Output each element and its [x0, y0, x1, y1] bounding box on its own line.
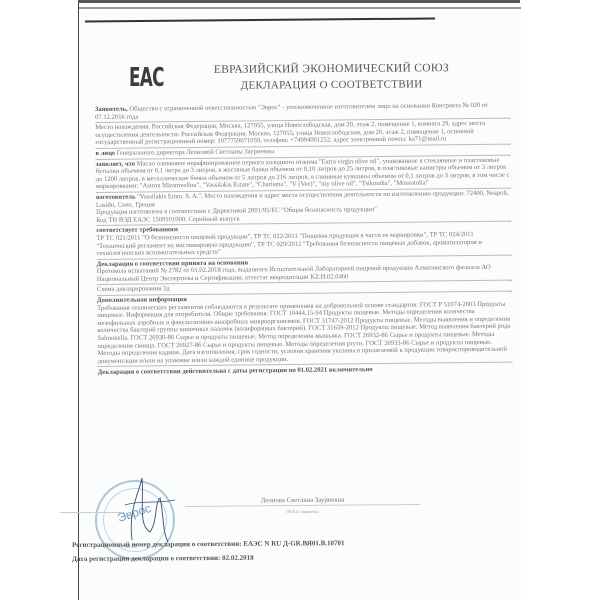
signer-caption: (Ф.И.О. заявителя)	[185, 509, 420, 514]
registration-number-row: Регистрационный номер декларации о соотв…	[72, 536, 345, 552]
basis-text: Протокола испытаний № 2782 от 01.02.2018…	[97, 264, 512, 284]
declares-text: Масло оливковое нерафинированное первого…	[96, 156, 510, 190]
registration-block: Регистрационный номер декларации о соотв…	[72, 536, 345, 566]
manufacturer-section: изготовитель "Vassilakis Emm. S. A.", Ме…	[96, 190, 511, 227]
registration-number-label: Регистрационный номер декларации о соотв…	[72, 540, 242, 549]
requirements-section: соответствует требованиям ТР ТС 021/2011…	[96, 223, 511, 260]
registration-number: ЕАЭС N RU Д-GR.ВЯ01.В.10701	[243, 539, 344, 548]
declaration-body: Заявитель, Общество с ограниченной ответ…	[95, 102, 513, 379]
representative-text: Генерального директора Леоновой Светланы…	[117, 148, 275, 157]
top-rule	[85, 17, 435, 22]
signature-line	[60, 512, 125, 513]
document-header: ЕВРАЗИЙСКИЙ ЭКОНОМИЧЕСКИЙ СОЮЗ ДЕКЛАРАЦИ…	[194, 60, 469, 94]
additional-section: Дополнительная информация Требования тех…	[97, 293, 513, 368]
eac-logo: ЕАС	[129, 63, 164, 93]
declares-section: заявляет, что Масло оливковое нерафиниро…	[96, 156, 511, 193]
additional-text: Требования технических регламентов соблю…	[97, 300, 513, 365]
location-text: Место нахождения: Российская Федерация, …	[95, 120, 485, 146]
requirements-text: ТР ТС 021/2011 "О безопасности пищевой п…	[96, 231, 511, 258]
declares-label: заявляет, что	[96, 160, 135, 167]
registration-date-label: Дата регистрации декларации о соответств…	[72, 554, 220, 563]
registration-date-row: Дата регистрации декларации о соответств…	[72, 550, 345, 566]
manufacturer-label: изготовитель	[96, 194, 136, 201]
validity-text: Декларация о соответствии действительна …	[98, 365, 513, 378]
applicant-text: Общество с ограниченной ответственностью…	[95, 102, 488, 121]
document-title: ДЕКЛАРАЦИЯ О СООТВЕТСТВИИ	[194, 76, 469, 94]
representative-label: в лице	[95, 150, 115, 157]
page-edge	[79, 7, 521, 9]
union-title: ЕВРАЗИЙСКИЙ ЭКОНОМИЧЕСКИЙ СОЮЗ	[194, 60, 469, 78]
basis-section: Декларация о соответствии принята на осн…	[97, 256, 512, 285]
applicant-label: Заявитель,	[95, 106, 128, 113]
registration-date: 02.02.2018	[222, 554, 254, 562]
location-section: Место нахождения: Российская Федерация, …	[95, 120, 510, 149]
